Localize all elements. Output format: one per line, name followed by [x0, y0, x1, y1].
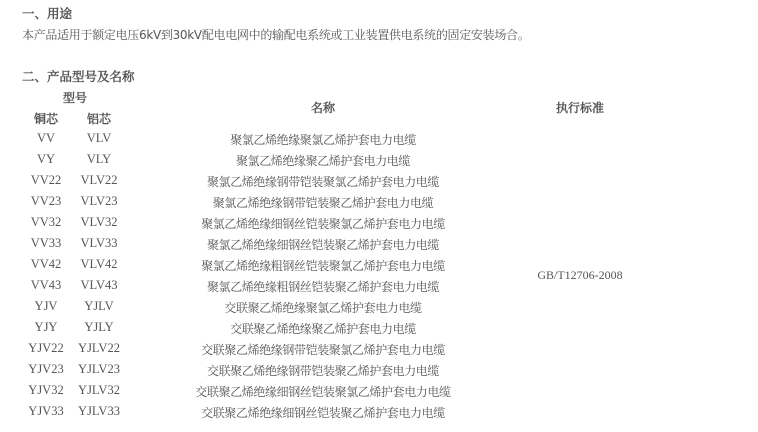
cell-product-name: 交联聚乙烯绝缘钢带铠装聚乙烯护套电力电缆 [207, 362, 439, 379]
cell-aluminum-model: VLV43 [80, 278, 117, 293]
cell-aluminum-model: YJLV32 [78, 383, 120, 398]
cell-product-name: 交联聚乙烯绝缘聚乙烯护套电力电缆 [230, 320, 416, 337]
section-usage-heading: 一、用途 [22, 4, 72, 22]
cell-copper-model: YJV23 [28, 362, 63, 377]
header-aluminum: 铝芯 [87, 110, 111, 127]
cell-product-name: 聚氯乙烯绝缘细钢丝铠装聚氯乙烯护套电力电缆 [201, 215, 445, 232]
header-model-group: 型号 [63, 89, 87, 106]
cell-product-name: 交联聚乙烯绝缘细钢丝铠装聚氯乙烯护套电力电缆 [195, 383, 450, 400]
header-copper: 铜芯 [34, 110, 58, 127]
cell-aluminum-model: VLV22 [80, 173, 117, 188]
cell-aluminum-model: VLV32 [80, 215, 117, 230]
header-name: 名称 [311, 99, 335, 116]
cell-aluminum-model: VLV42 [80, 257, 117, 272]
cell-copper-model: VV22 [31, 173, 62, 188]
cell-copper-model: VV33 [31, 236, 62, 251]
cell-product-name: 聚氯乙烯绝缘粗钢丝铠装聚氯乙烯护套电力电缆 [201, 257, 445, 274]
cell-copper-model: YJV [35, 299, 58, 314]
cell-copper-model: VV [37, 131, 55, 146]
cell-copper-model: VV42 [31, 257, 62, 272]
cell-aluminum-model: YJLV [84, 299, 113, 314]
cell-product-name: 聚氯乙烯绝缘粗钢丝铠装聚乙烯护套电力电缆 [207, 278, 439, 295]
cell-copper-model: YJY [35, 320, 58, 335]
cell-aluminum-model: YJLV22 [78, 341, 120, 356]
cell-product-name: 交联聚乙烯绝缘细钢丝铠装聚乙烯护套电力电缆 [201, 404, 445, 421]
cell-copper-model: YJV22 [28, 341, 63, 356]
cell-product-name: 聚氯乙烯绝缘细钢丝铠装聚乙烯护套电力电缆 [207, 236, 439, 253]
cell-product-name: 聚氯乙烯绝缘聚氯乙烯护套电力电缆 [230, 131, 416, 148]
cell-copper-model: VV43 [31, 278, 62, 293]
cell-copper-model: YJV32 [28, 383, 63, 398]
cell-aluminum-model: VLY [87, 152, 111, 167]
header-standard: 执行标准 [556, 99, 604, 116]
cell-aluminum-model: YJLV23 [78, 362, 120, 377]
cell-aluminum-model: YJLV33 [78, 404, 120, 419]
cell-product-name: 聚氯乙烯绝缘钢带铠装聚氯乙烯护套电力电缆 [207, 173, 439, 190]
cell-product-name: 交联聚乙烯绝缘聚氯乙烯护套电力电缆 [224, 299, 421, 316]
cell-copper-model: VV32 [31, 215, 62, 230]
cell-product-name: 聚氯乙烯绝缘聚乙烯护套电力电缆 [236, 152, 410, 169]
cell-aluminum-model: VLV23 [80, 194, 117, 209]
cell-aluminum-model: VLV33 [80, 236, 117, 251]
cell-aluminum-model: VLV [87, 131, 112, 146]
cell-aluminum-model: YJLY [84, 320, 113, 335]
cell-product-name: 聚氯乙烯绝缘钢带铠装聚乙烯护套电力电缆 [213, 194, 433, 211]
section-usage-text: 本产品适用于额定电压6kV到30kV配电电网中的输配电系统或工业装置供电系统的固… [22, 26, 529, 43]
cell-copper-model: VY [37, 152, 55, 167]
cell-copper-model: YJV33 [28, 404, 63, 419]
cell-copper-model: VV23 [31, 194, 62, 209]
section-models-heading: 二、产品型号及名称 [22, 67, 135, 85]
cell-product-name: 交联聚乙烯绝缘钢带铠装聚氯乙烯护套电力电缆 [201, 341, 445, 358]
standard-value: GB/T12706-2008 [537, 268, 622, 283]
